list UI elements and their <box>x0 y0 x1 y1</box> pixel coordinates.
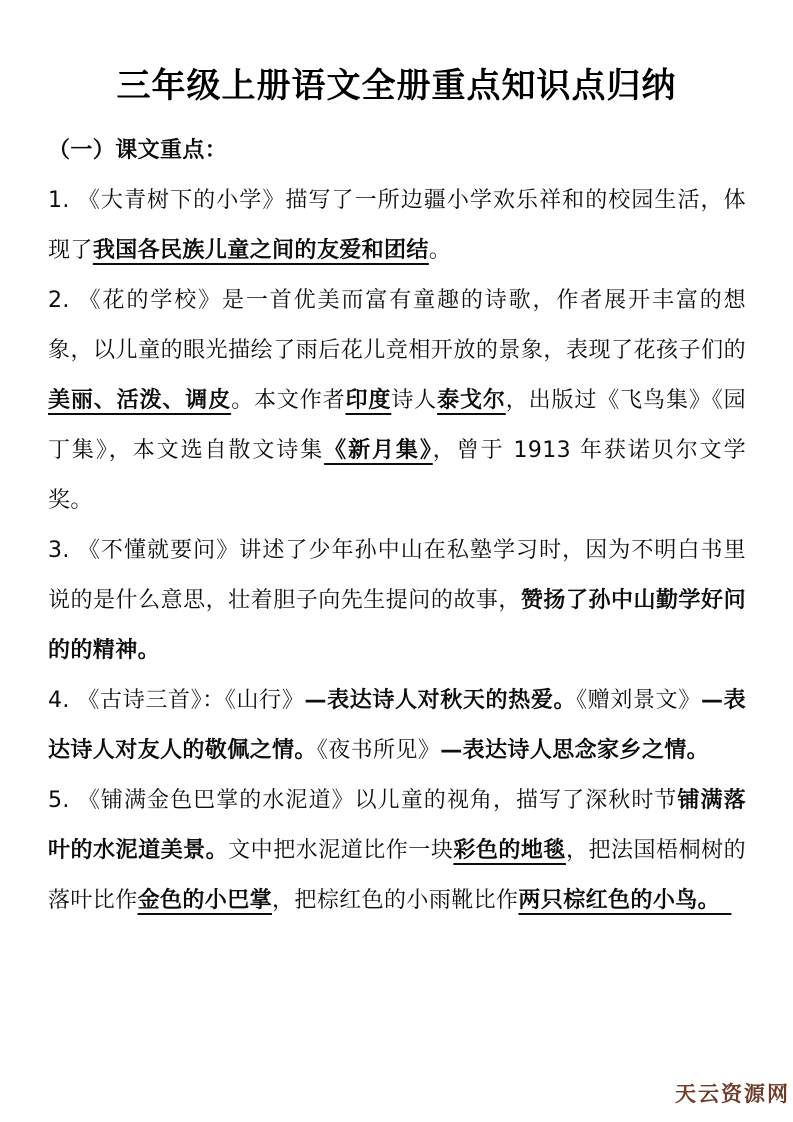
paragraph-list: 1. 《大青树下的小学》描写了一所边疆小学欢乐祥和的校园生活，体现了我国各民族儿… <box>48 176 746 926</box>
text-run: 2. 《花的学校》是一首优美而富有童趣的诗歌，作者展开丰富的想象，以儿童的眼光描… <box>48 288 746 363</box>
text-run: ，把棕红色的小雨靴比作 <box>272 888 518 913</box>
text-run: 彩色的地毯 <box>453 838 566 863</box>
text-run: 。本文作者 <box>231 388 345 413</box>
text-run: 《新月集》 <box>324 438 433 463</box>
text-run: 《赠刘景文》 <box>576 688 701 713</box>
section-heading: （一）课文重点： <box>48 126 746 176</box>
text-run: 文中把水泥道比作一块 <box>228 838 453 863</box>
document-page: 三年级上册语文全册重点知识点归纳 （一）课文重点： 1. 《大青树下的小学》描写… <box>0 0 793 1122</box>
text-run: 《夜书所见》 <box>317 738 440 763</box>
paragraph: 1. 《大青树下的小学》描写了一所边疆小学欢乐祥和的校园生活，体现了我国各民族儿… <box>48 176 746 276</box>
text-run: 美丽、活泼、调皮 <box>48 388 231 413</box>
text-run: 4. 《古诗三首》：《山行》 <box>48 688 304 713</box>
paragraph: 4. 《古诗三首》：《山行》—表达诗人对秋天的热爱。《赠刘景文》—表达诗人对友人… <box>48 676 746 776</box>
text-run: 泰戈尔 <box>437 388 506 413</box>
paragraph: 2. 《花的学校》是一首优美而富有童趣的诗歌，作者展开丰富的想象，以儿童的眼光描… <box>48 276 746 526</box>
paragraph: 3. 《不懂就要问》讲述了少年孙中山在私塾学习时，因为不明白书里说的是什么意思，… <box>48 526 746 676</box>
text-run: —表达诗人思念家乡之情。 <box>440 738 709 763</box>
document-content: （一）课文重点： 1. 《大青树下的小学》描写了一所边疆小学欢乐祥和的校园生活，… <box>48 126 746 926</box>
watermark: 天云资源网 <box>675 1078 790 1108</box>
text-run: 5. 《铺满金色巴掌的水泥道》以儿童的视角，描写了深秋时节 <box>48 788 677 813</box>
text-run: —表达诗人对秋天的热爱。 <box>304 688 576 713</box>
text-run: 印度 <box>346 388 392 413</box>
text-run <box>709 888 731 913</box>
text-run: 。 <box>429 238 451 263</box>
page-title: 三年级上册语文全册重点知识点归纳 <box>0 0 793 110</box>
text-run: 两只棕红色的小鸟。 <box>518 888 709 913</box>
text-run: 诗人 <box>391 388 437 413</box>
paragraph: 5. 《铺满金色巴掌的水泥道》以儿童的视角，描写了深秋时节铺满落叶的水泥道美景。… <box>48 776 746 926</box>
text-run: 金色的小巴掌 <box>138 888 272 913</box>
text-run: 我国各民族儿童之间的友爱和团结 <box>93 238 429 263</box>
